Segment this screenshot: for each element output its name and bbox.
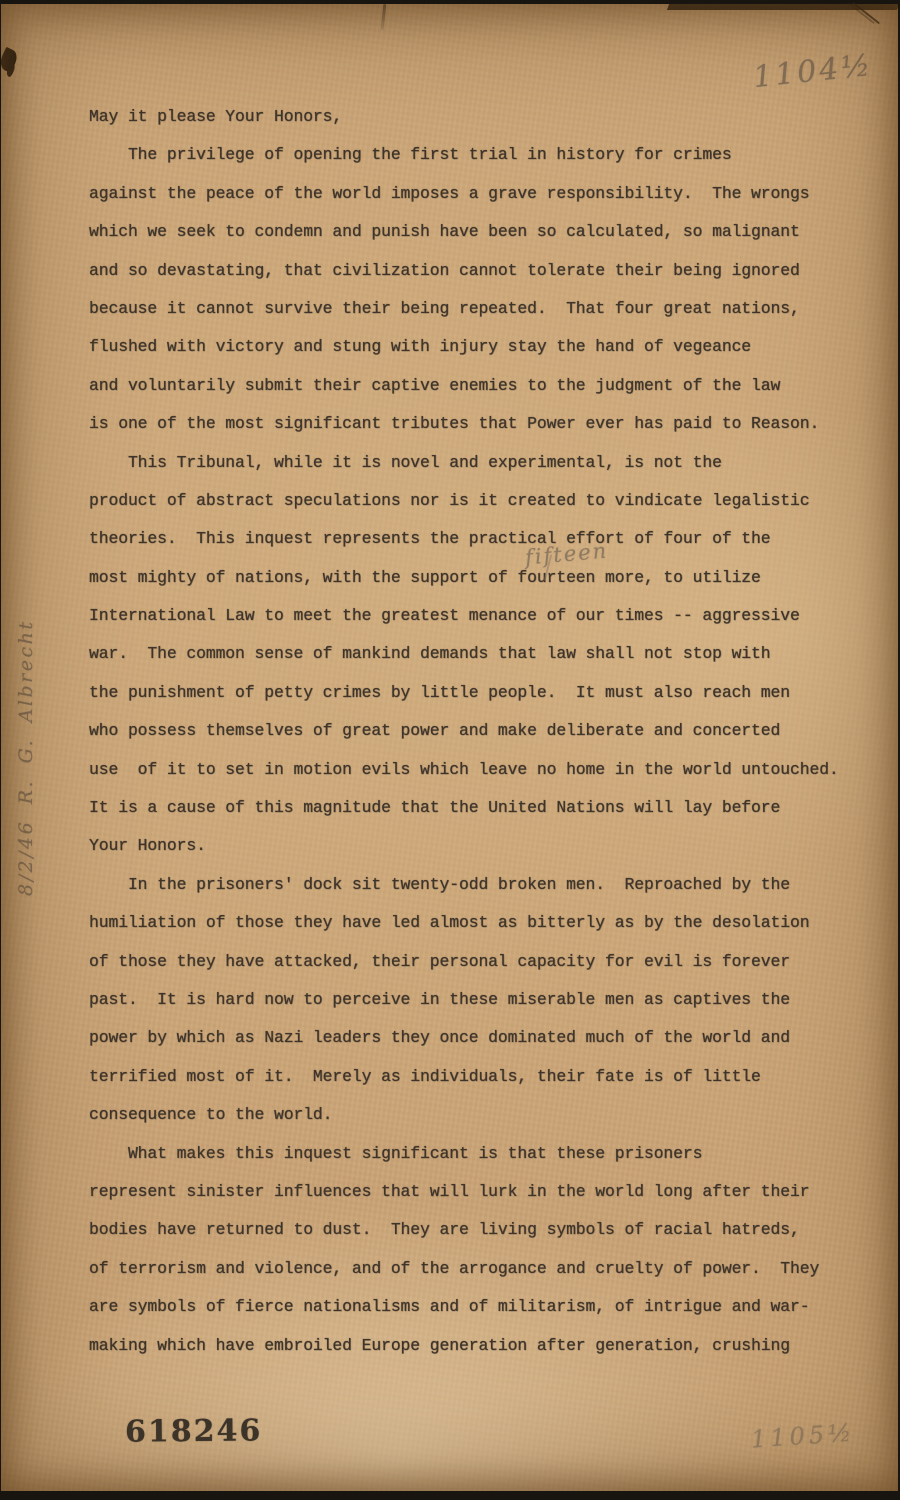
typed-line: terrified most of it. Merely as individu…	[89, 1058, 859, 1096]
typed-line: of terrorism and violence, and of the ar…	[89, 1250, 859, 1288]
typed-line: In the prisoners' dock sit twenty-odd br…	[89, 866, 859, 904]
pencil-squiggle-mark	[381, 4, 387, 30]
typed-line: are symbols of fierce nationalisms and o…	[89, 1288, 859, 1326]
typed-line: This Tribunal, while it is novel and exp…	[89, 444, 859, 482]
typed-line: theories. This inquest represents the pr…	[89, 520, 859, 558]
typed-line: against the peace of the world imposes a…	[89, 175, 859, 213]
typed-line: use of it to set in motion evils which l…	[89, 751, 859, 789]
typed-line: It is a cause of this magnitude that the…	[89, 789, 859, 827]
typed-line: past. It is hard now to perceive in thes…	[89, 981, 859, 1019]
typed-line: The privilege of opening the first trial…	[89, 136, 859, 174]
typed-line: humiliation of those they have led almos…	[89, 904, 859, 942]
typed-line: which we seek to condemn and punish have…	[89, 213, 859, 251]
typed-line: Your Honors.	[89, 827, 859, 865]
pencil-margin-note: 8/2/46 R. G. Albrecht	[15, 620, 37, 896]
typed-text-block: May it please Your Honors, The privilege…	[89, 98, 859, 1365]
typed-line: and so devastating, that civilization ca…	[89, 252, 859, 290]
typed-line: May it please Your Honors,	[89, 98, 859, 136]
pencil-page-number-top: 1104½	[752, 48, 875, 95]
typed-line: of those they have attacked, their perso…	[89, 943, 859, 981]
typed-line: power by which as Nazi leaders they once…	[89, 1019, 859, 1057]
typed-line: because it cannot survive their being re…	[89, 290, 859, 328]
typed-line: making which have embroiled Europe gener…	[89, 1327, 859, 1365]
typed-line: consequence to the world.	[89, 1096, 859, 1134]
typed-line: International Law to meet the greatest m…	[89, 597, 859, 635]
scan-edge-shadow	[667, 4, 899, 10]
document-number-stamp: 618246	[125, 1413, 263, 1449]
typed-line: the punishment of petty crimes by little…	[89, 674, 859, 712]
typed-line: who possess themselves of great power an…	[89, 712, 859, 750]
typed-line: most mighty of nations, with the support…	[89, 559, 859, 597]
ink-blob-mark	[0, 47, 20, 73]
typed-line: and voluntarily submit their captive ene…	[89, 367, 859, 405]
typed-line: war. The common sense of mankind demands…	[89, 635, 859, 673]
typed-line: flushed with victory and stung with inju…	[89, 328, 859, 366]
paper-page: May it please Your Honors, The privilege…	[1, 4, 898, 1491]
pencil-page-number-bottom: 1105½	[750, 1418, 856, 1453]
typed-line: product of abstract speculations nor is …	[89, 482, 859, 520]
scanned-document: { "page": { "kind": "typewritten court d…	[0, 0, 900, 1500]
typed-line: represent sinister influences that will …	[89, 1173, 859, 1211]
typed-line: bodies have returned to dust. They are l…	[89, 1211, 859, 1249]
typed-line: is one of the most significant tributes …	[89, 405, 859, 443]
typed-line: What makes this inquest significant is t…	[89, 1135, 859, 1173]
